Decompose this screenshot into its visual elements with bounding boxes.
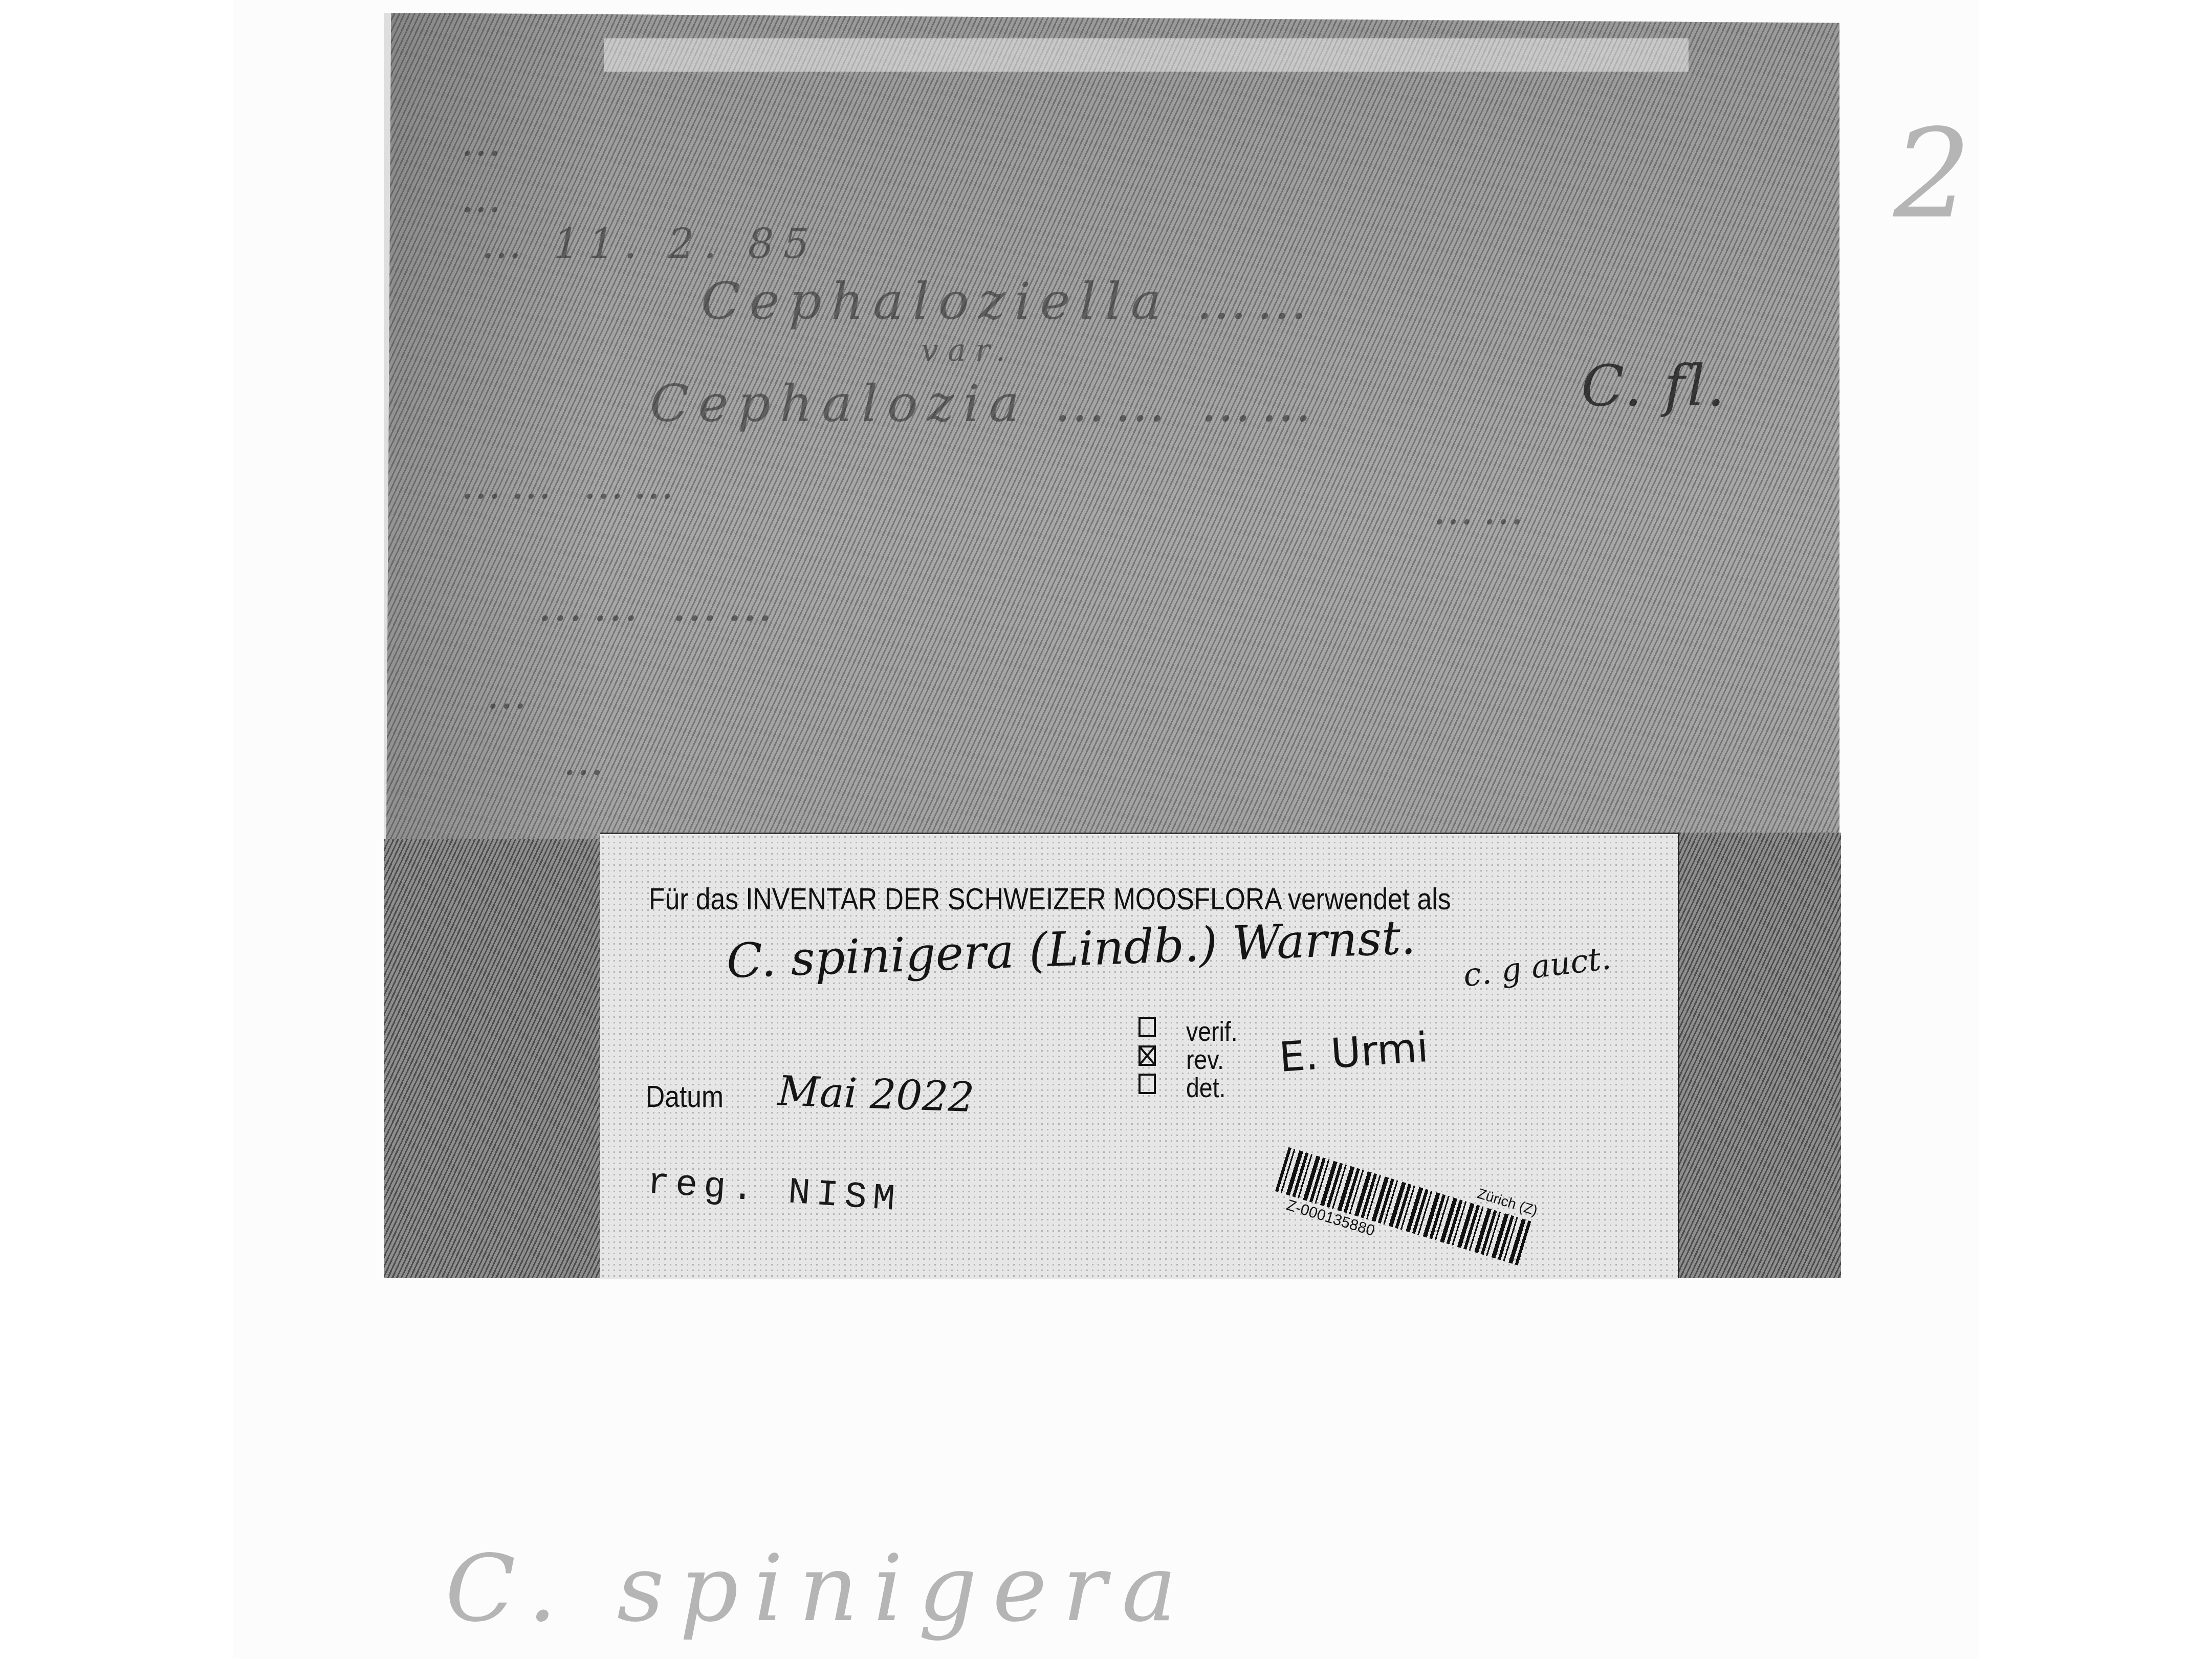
old-handwritten-line: ……	[1433, 486, 1533, 534]
old-handwritten-line: var.	[921, 333, 1015, 368]
page-number-pencil: 2	[1893, 102, 1972, 246]
margin-note: C. fl.	[1581, 353, 1727, 419]
bottom-pencil-note: C. spinigera	[445, 1535, 1192, 1642]
old-handwritten-line: …	[486, 670, 536, 718]
checkbox-verif[interactable]	[1138, 1017, 1156, 1037]
checkbox-det-label: det.	[1186, 1072, 1225, 1104]
date-label: Datum	[646, 1079, 724, 1114]
checkbox-verif-label: verif.	[1186, 1016, 1238, 1047]
label-shadow-left	[384, 839, 600, 1278]
date-value: Mai 2022	[777, 1067, 975, 1121]
checkbox-rev-label: rev.	[1186, 1044, 1224, 1076]
old-handwritten-line: Cephalozia …… ……	[650, 374, 1321, 433]
checkbox-det[interactable]	[1138, 1074, 1156, 1094]
old-handwritten-line: …	[461, 174, 511, 222]
old-handwritten-line: …	[563, 737, 613, 784]
label-shadow-right	[1678, 833, 1841, 1278]
revision-label-header: Für das INVENTAR DER SCHWEIZER MOOSFLORA…	[649, 881, 1451, 916]
checkbox-rev[interactable]	[1138, 1045, 1156, 1066]
old-handwritten-line: …… ……	[537, 578, 782, 632]
old-handwritten-line: Cephaloziella ……	[701, 271, 1317, 331]
old-handwritten-line: … 11. 2. 85	[481, 220, 819, 268]
top-paper-strip	[604, 38, 1689, 72]
old-handwritten-line: …	[461, 118, 511, 165]
old-handwritten-line: …… ……	[461, 461, 683, 508]
